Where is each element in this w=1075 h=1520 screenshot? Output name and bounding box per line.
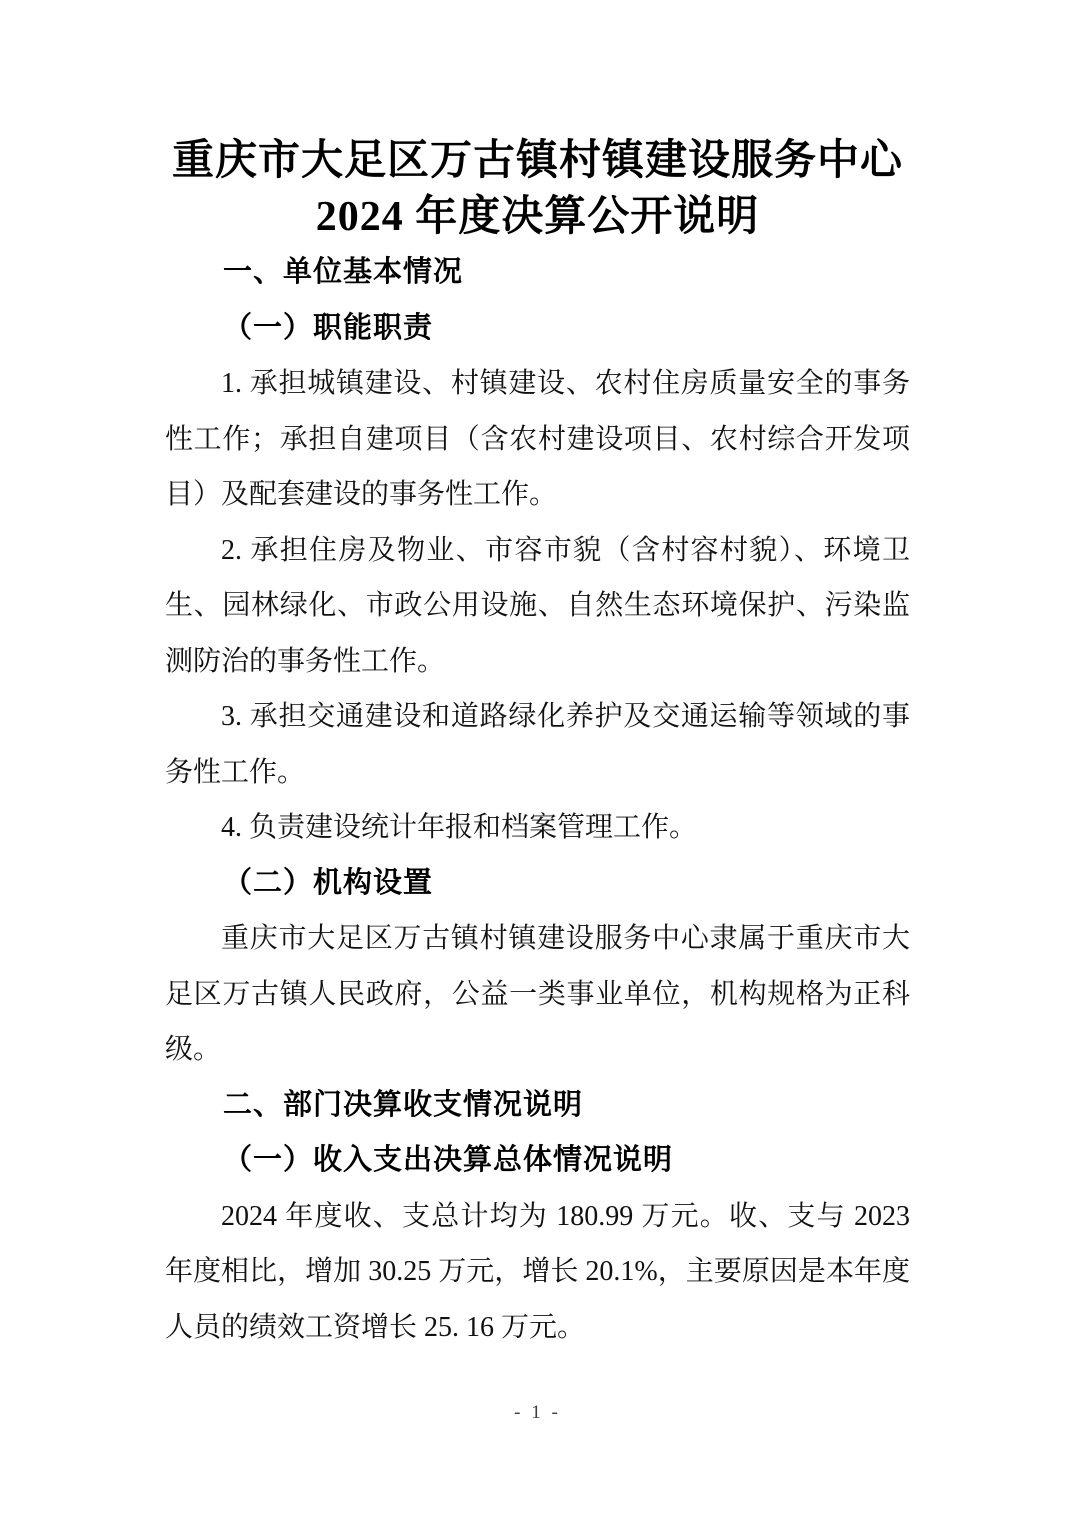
paragraph-duty-3: 3. 承担交通建设和道路绿化养护及交通运输等领域的事务性工作。	[165, 689, 910, 800]
document-title-line-2: 2024 年度决算公开说明	[165, 189, 910, 245]
page-number: - 1 -	[0, 1402, 1075, 1424]
document-body: 重庆市大足区万古镇村镇建设服务中心 2024 年度决算公开说明 一、单位基本情况…	[165, 133, 910, 1355]
paragraph-duty-1: 1. 承担城镇建设、村镇建设、农村住房质量安全的事务性工作；承担自建项目（含农村…	[165, 356, 910, 523]
document-title-line-1: 重庆市大足区万古镇村镇建设服务中心	[165, 133, 910, 189]
document-page: 重庆市大足区万古镇村镇建设服务中心 2024 年度决算公开说明 一、单位基本情况…	[0, 0, 1075, 1520]
subsection-heading-revenue-expenditure-overview: （一）收入支出决算总体情况说明	[165, 1133, 910, 1189]
paragraph-organization: 重庆市大足区万古镇村镇建设服务中心隶属于重庆市大足区万古镇人民政府，公益一类事业…	[165, 911, 910, 1078]
section-heading-final-accounts: 二、部门决算收支情况说明	[165, 1078, 910, 1134]
paragraph-revenue-expenditure-summary: 2024 年度收、支总计均为 180.99 万元。收、支与 2023 年度相比，…	[165, 1189, 910, 1356]
paragraph-duty-4: 4. 负责建设统计年报和档案管理工作。	[165, 800, 910, 856]
section-heading-unit-basic-info: 一、单位基本情况	[165, 245, 910, 301]
subsection-heading-organization-setup: （二）机构设置	[165, 856, 910, 912]
paragraph-duty-2: 2. 承担住房及物业、市容市貌（含村容村貌）、环境卫生、园林绿化、市政公用设施、…	[165, 523, 910, 690]
document-title: 重庆市大足区万古镇村镇建设服务中心 2024 年度决算公开说明	[165, 133, 910, 245]
subsection-heading-functions-duties: （一）职能职责	[165, 301, 910, 357]
